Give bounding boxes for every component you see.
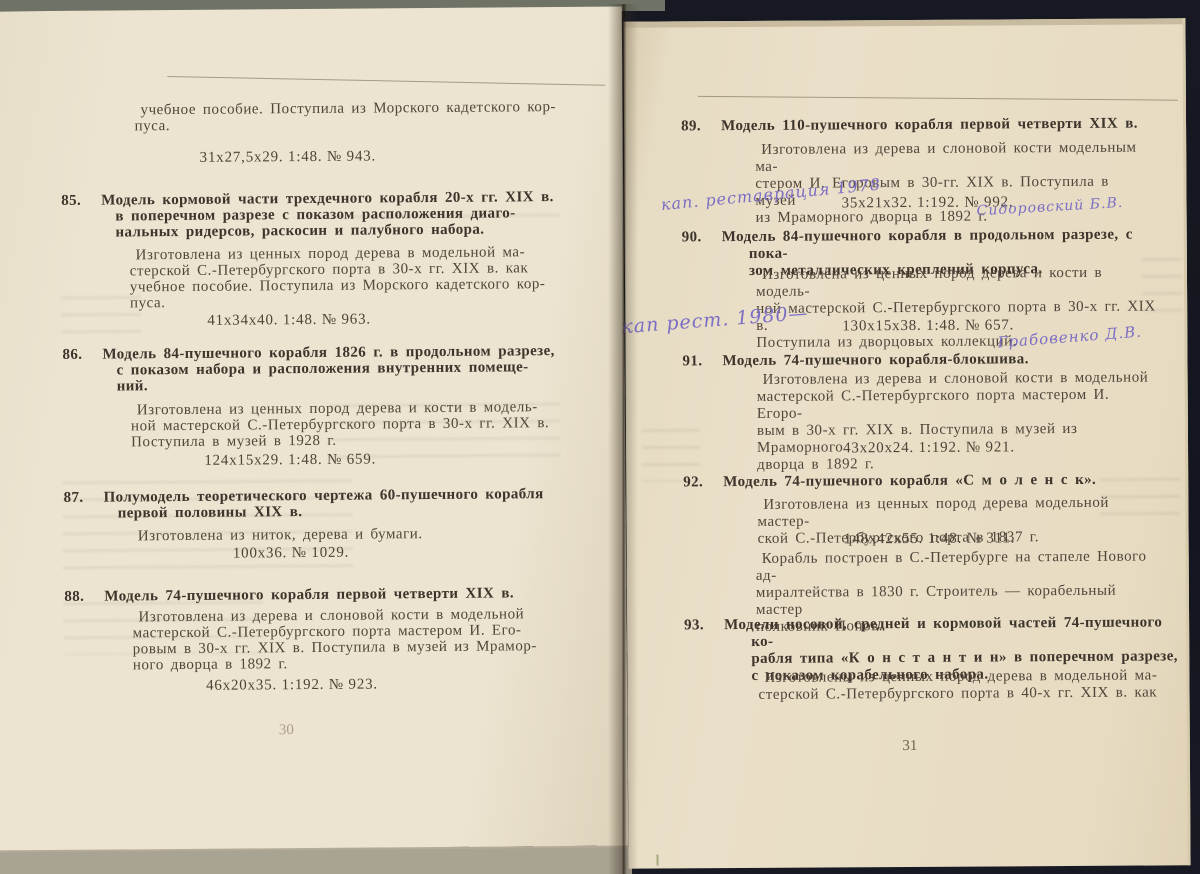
page-number-left: 30 xyxy=(256,722,316,739)
entry-85-dims: 41х34х40. 1:48. № 963. xyxy=(119,311,459,331)
entry-93-body: Изготовлены из ценных пород дерева в мод… xyxy=(758,667,1158,703)
entry-89-number: 89. xyxy=(681,118,701,135)
entry-86-title: Модель 84-пушечного корабля 1826 г. в пр… xyxy=(116,343,568,395)
entry-88-body: Изготовлена из дерева и слоновой кости в… xyxy=(132,606,568,673)
entry-91-body: Изготовлена из дерева и слоновой кости в… xyxy=(757,369,1158,473)
book-gutter-shadow xyxy=(608,4,638,874)
entry-88-number: 88. xyxy=(64,589,84,606)
entry-89-title: Модель 110-пушечного корабля первой четв… xyxy=(748,115,1178,135)
page-number-right: 31 xyxy=(880,738,940,755)
entry-93-number: 93. xyxy=(684,617,704,634)
scan-hairline xyxy=(698,96,1178,101)
entry-91-title: Модель 74-пушечного корабля-блокшива. xyxy=(749,350,1179,370)
entry-86-body: Изготовлена из ценных пород дерева и кос… xyxy=(131,399,567,450)
entry-92-title: Модель 74-пушечного корабля «С м о л е н… xyxy=(750,471,1180,491)
entry-91-dims: 43х20х24. 1:192. № 921. xyxy=(755,439,1103,458)
entry-84-runover-body: учебное пособие. Поступила из Морского к… xyxy=(134,99,564,134)
entry-88-title: Модель 74-пушечного корабля первой четве… xyxy=(118,585,570,605)
entry-87-body: Изготовлена из ниток, дерева и бумаги. xyxy=(132,525,568,544)
book-scan: учебное пособие. Поступила из Морского к… xyxy=(0,0,1200,874)
scan-mark xyxy=(657,855,659,866)
entry-86-dims: 124х15х29. 1:48. № 659. xyxy=(120,451,460,471)
entry-85-title: Модель кормовой части трехдечного корабл… xyxy=(115,189,567,241)
entry-85-body: Изготовлена из ценных пород дерева в мод… xyxy=(130,244,566,311)
page-edge-strip xyxy=(1182,18,1190,865)
scanner-band-bottom-left xyxy=(0,847,632,874)
book-page-left: учебное пособие. Поступила из Морского к… xyxy=(0,7,628,851)
entry-87-number: 87. xyxy=(63,490,83,507)
scan-hairline xyxy=(167,76,605,86)
book-page-right: 89. Модель 110-пушечного корабля первой … xyxy=(623,18,1190,868)
entry-84-dims: 31х27,5х29. 1:48. № 943. xyxy=(118,148,458,168)
entry-87-dims: 100х36. № 1029. xyxy=(121,544,461,564)
entry-90-number: 90. xyxy=(682,229,702,246)
page-edge-strip xyxy=(623,18,1185,27)
entry-85-number: 85. xyxy=(61,193,81,210)
entry-88-dims: 46х20х35. 1:192. № 923. xyxy=(122,676,462,696)
entry-87-title: Полумодель теоретического чертежа 60-пуш… xyxy=(117,486,569,522)
entry-86-number: 86. xyxy=(62,347,82,364)
entry-92-number: 92. xyxy=(683,474,703,491)
entry-92-dims: 148х42х55. 1:48. № 311. xyxy=(756,530,1104,549)
entry-91-number: 91. xyxy=(682,353,702,370)
